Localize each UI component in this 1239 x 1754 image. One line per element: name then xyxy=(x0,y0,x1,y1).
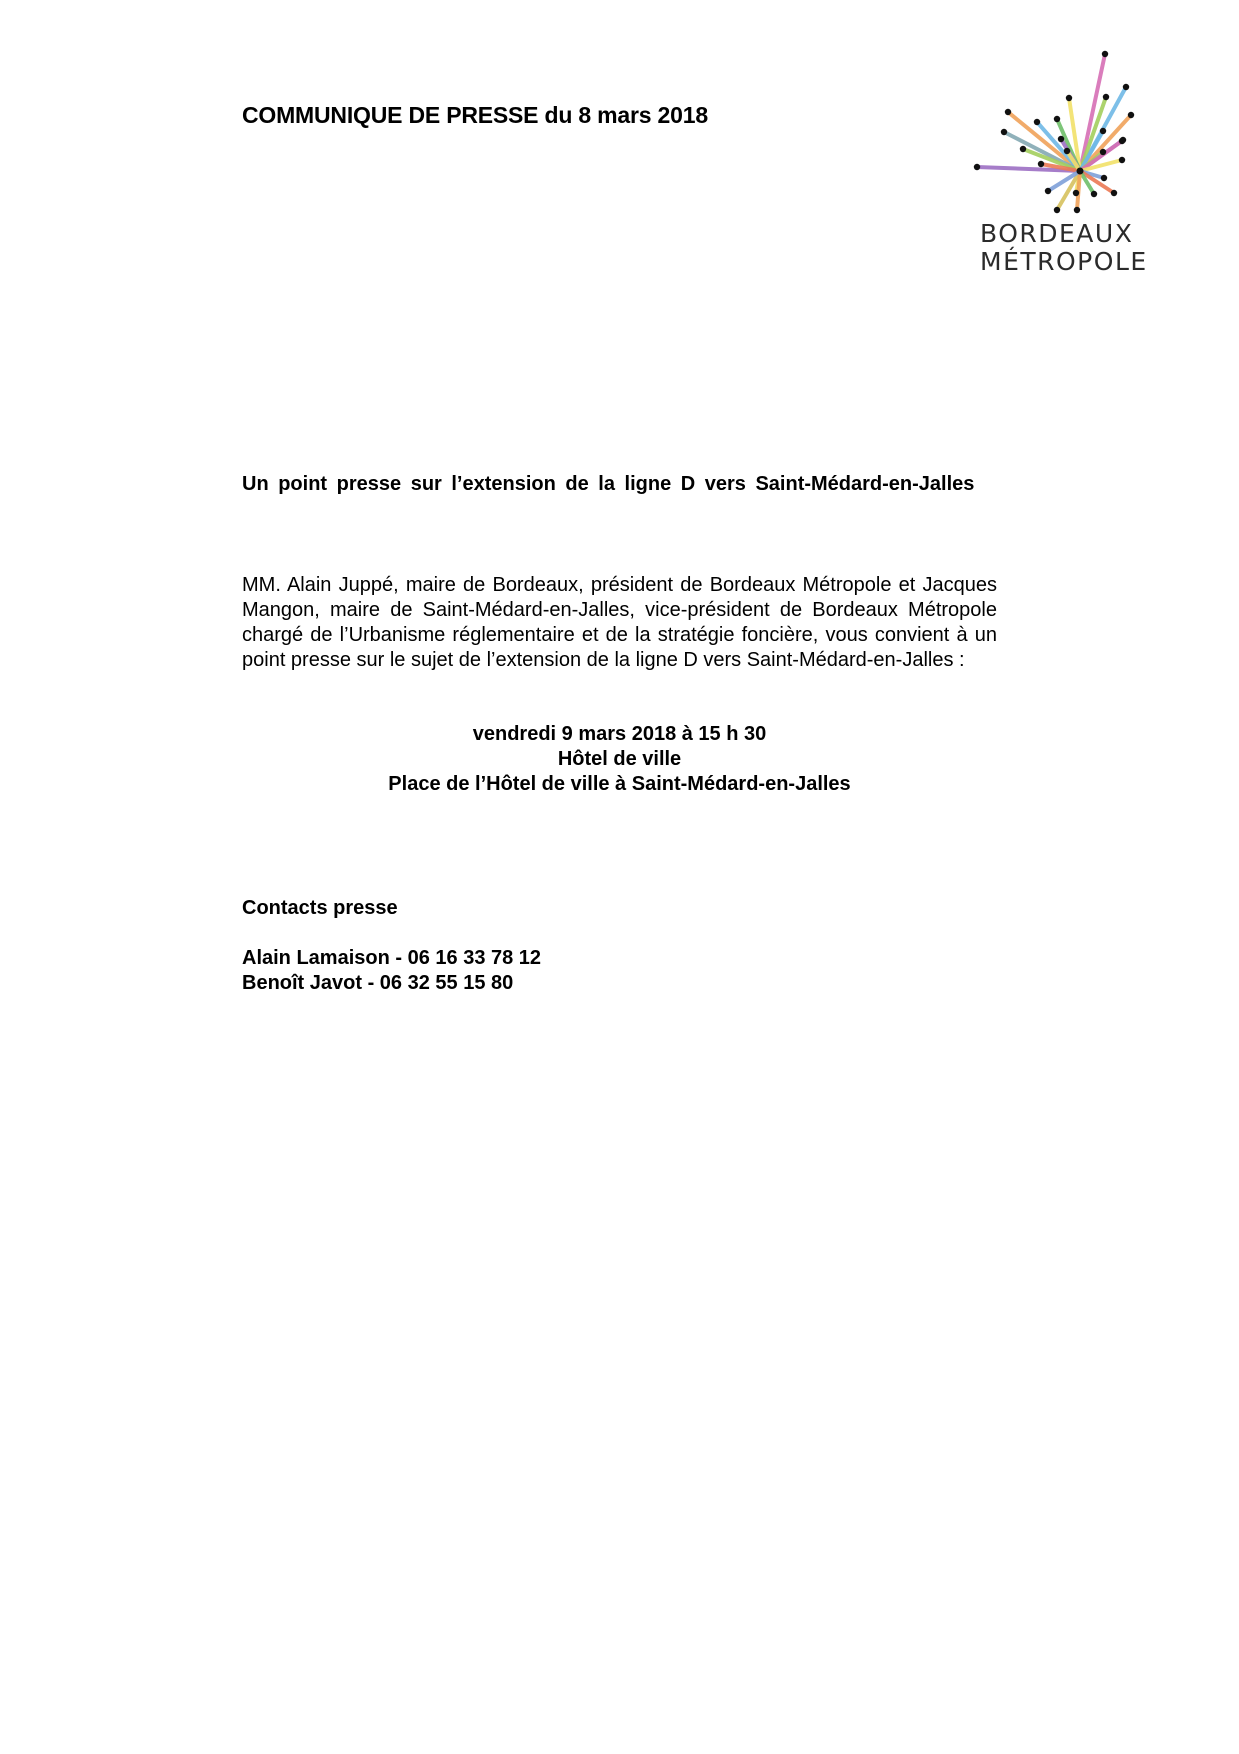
bordeaux-metropole-logo: BORDEAUX MÉTROPOLE xyxy=(955,40,1180,285)
subject-heading: Un point presse sur l’extension de la li… xyxy=(242,472,997,497)
event-datetime: vendredi 9 mars 2018 à 15 h 30 xyxy=(242,722,997,747)
logo-line-1: BORDEAUX xyxy=(980,220,1148,248)
event-address: Place de l’Hôtel de ville à Saint-Médard… xyxy=(242,772,997,797)
contacts-list: Alain Lamaison - 06 16 33 78 12 Benoît J… xyxy=(242,946,541,996)
logo-wordmark: BORDEAUX MÉTROPOLE xyxy=(980,220,1148,276)
body-paragraph: MM. Alain Juppé, maire de Bordeaux, prés… xyxy=(242,573,997,673)
starburst-logo-icon xyxy=(955,40,1180,220)
contact-item: Benoît Javot - 06 32 55 15 80 xyxy=(242,971,541,996)
contacts-heading: Contacts presse xyxy=(242,897,398,920)
contact-item: Alain Lamaison - 06 16 33 78 12 xyxy=(242,946,541,971)
event-details: vendredi 9 mars 2018 à 15 h 30 Hôtel de … xyxy=(242,722,997,797)
logo-line-2: MÉTROPOLE xyxy=(980,248,1148,276)
event-venue: Hôtel de ville xyxy=(242,747,997,772)
press-release-title: COMMUNIQUE DE PRESSE du 8 mars 2018 xyxy=(242,102,708,129)
